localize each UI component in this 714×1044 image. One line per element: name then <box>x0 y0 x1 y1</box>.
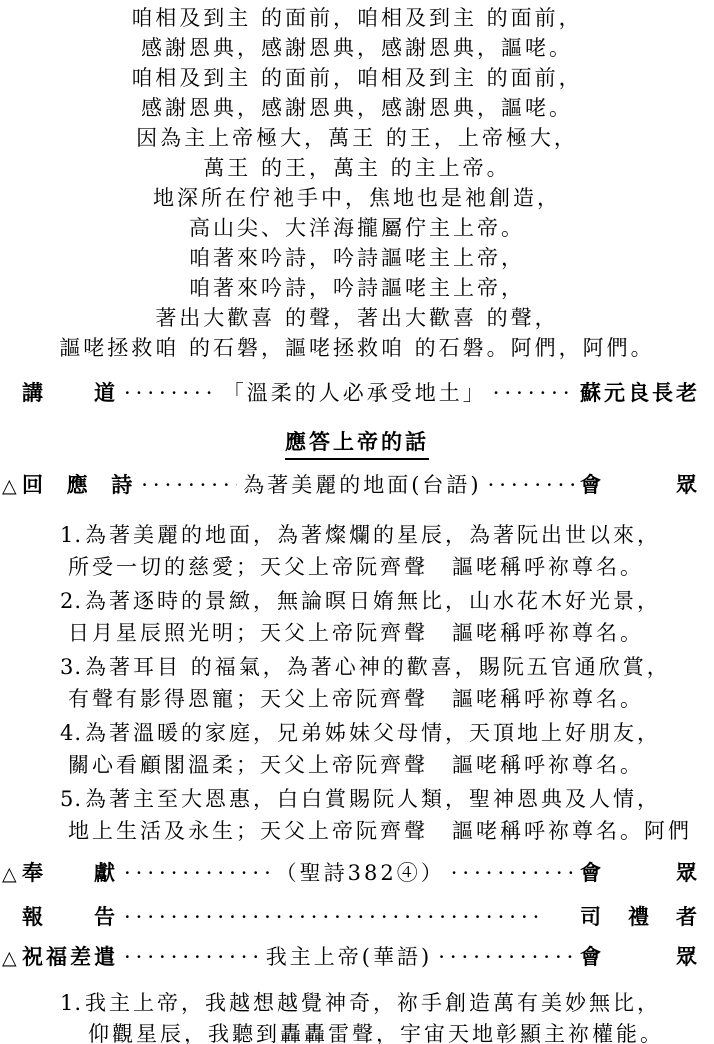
benediction-label: 祝福差遣 <box>22 942 118 972</box>
hymn-line: 萬王 的王，萬主 的主上帝。 <box>0 153 714 183</box>
leader-dots: ············· <box>124 858 270 888</box>
verse-text: 日月星辰照光明；天父上帝阮齊聲 謳咾稱呼祢尊名。 <box>0 617 714 649</box>
hymn-line: 地深所在佇祂手中，焦地也是祂創造， <box>0 183 714 213</box>
offering-label: 奉 獻 <box>22 858 118 888</box>
leader-dots: ··········· <box>451 858 574 888</box>
leader-dots: ········ <box>124 378 217 408</box>
hymn-line: 感謝恩典，感謝恩典，感謝恩典，謳咾。 <box>0 33 714 63</box>
benediction-line: △ 祝福差遣 ············ 我主上帝(華語) ···········… <box>0 942 714 972</box>
hymn-line: 咱相及到主 的面前，咱相及到主 的面前， <box>0 3 714 33</box>
leader-dots: ···································· <box>124 902 544 932</box>
hymn-line: 咱著來吟詩，吟詩謳咾主上帝， <box>0 243 714 273</box>
verse-number: 2. <box>60 589 85 613</box>
leader-dots: ·········· <box>141 470 237 500</box>
sermon-line: 講 道 ········ 「溫柔的人必承受地土」 ······· 蘇元良長老 <box>0 378 714 408</box>
verse-number: 5. <box>60 787 85 811</box>
verse-text: 關心看顧閣溫柔；天父上帝阮齊聲 謳咾稱呼祢尊名。 <box>0 749 714 781</box>
verse-text: 仰觀星辰，我聽到轟轟雷聲，宇宙天地彰顯主祢權能。 <box>0 1019 714 1044</box>
triangle-marker: △ <box>2 859 16 889</box>
verse-text: 為著主至大恩惠，白白賞賜阮人類，聖神恩典及人情， <box>85 787 661 811</box>
verse-number: 1. <box>60 991 85 1015</box>
liturgist-label: 司 禮 者 <box>580 902 700 932</box>
verse-number: 3. <box>60 655 85 679</box>
verse-text: 地上生活及永生；天父上帝阮齊聲 謳咾稱呼祢尊名。阿們 <box>0 815 714 847</box>
verse-text: 為著溫暖的家庭，兄弟姊妹父母情，天頂地上好朋友， <box>85 721 661 745</box>
announcements-line: 報 告 ····································… <box>0 902 714 932</box>
sermon-preacher: 蘇元良長老 <box>580 378 700 408</box>
benediction-hymn-title: 我主上帝(華語) <box>266 942 432 972</box>
congregation-label: 會 眾 <box>580 858 700 888</box>
hymn-line: 高山尖、大洋海攏屬佇主上帝。 <box>0 213 714 243</box>
service-bulletin-page: 咱相及到主 的面前，咱相及到主 的面前， 感謝恩典，感謝恩典，感謝恩典，謳咾。 … <box>0 0 714 1044</box>
verse-text: 為著耳目 的福氣，為著心神的歡喜，賜阮五官通欣賞， <box>85 655 671 679</box>
hymn-line: 咱著來吟詩，吟詩謳咾主上帝， <box>0 273 714 303</box>
sermon-label: 講 道 <box>22 378 118 408</box>
verse-number: 1. <box>60 523 85 547</box>
congregation-label: 會 眾 <box>580 942 700 972</box>
verse-text: 所受一切的慈愛；天父上帝阮齊聲 謳咾稱呼祢尊名。 <box>0 551 714 583</box>
response-hymn-line: △ 回 應 詩 ·········· 為著美麗的地面(台語) ·········… <box>0 470 714 500</box>
opening-hymn-lyrics: 咱相及到主 的面前，咱相及到主 的面前， 感謝恩典，感謝恩典，感謝恩典，謳咾。 … <box>0 0 714 363</box>
offering-hymn-ref: （聖詩382④） <box>276 858 445 888</box>
verse-4: 4.為著溫暖的家庭，兄弟姊妹父母情，天頂地上好朋友， 關心看顧閣溫柔；天父上帝阮… <box>0 717 714 781</box>
triangle-marker: △ <box>2 471 16 501</box>
congregation-label: 會 眾 <box>580 470 700 500</box>
hymn-line: 因為主上帝極大，萬王 的王，上帝極大， <box>0 123 714 153</box>
hymn-line: 謳咾拯救咱 的石磐，謳咾拯救咱 的石磐。阿們，阿們。 <box>0 333 714 363</box>
verse-text: 有聲有影得恩寵；天父上帝阮齊聲 謳咾稱呼祢尊名。 <box>0 683 714 715</box>
leader-dots: ······· <box>493 378 574 408</box>
verse-text: 為著逐時的景緻，無論暝日媠無比，山水花木好光景， <box>85 589 661 613</box>
verse-1: 1.為著美麗的地面，為著燦爛的星辰，為著阮出世以來， 所受一切的慈愛；天父上帝阮… <box>0 519 714 583</box>
section-heading: 應答上帝的話 <box>285 427 429 460</box>
response-hymn-verses: 1.為著美麗的地面，為著燦爛的星辰，為著阮出世以來， 所受一切的慈愛；天父上帝阮… <box>0 519 714 847</box>
offering-line: △ 奉 獻 ············· （聖詩382④） ···········… <box>0 858 714 888</box>
closing-verse-1: 1.我主上帝，我越想越覺神奇，祢手創造萬有美妙無比， 仰觀星辰，我聽到轟轟雷聲，… <box>0 988 714 1044</box>
verse-number: 4. <box>60 721 85 745</box>
leader-dots: ············ <box>438 942 574 972</box>
announcements-label: 報 告 <box>22 902 118 932</box>
verse-2: 2.為著逐時的景緻，無論暝日媠無比，山水花木好光景， 日月星辰照光明；天父上帝阮… <box>0 585 714 649</box>
triangle-marker: △ <box>2 943 16 973</box>
verse-5: 5.為著主至大恩惠，白白賞賜阮人類，聖神恩典及人情， 地上生活及永生；天父上帝阮… <box>0 783 714 847</box>
response-hymn-title: 為著美麗的地面(台語) <box>243 470 481 500</box>
benediction-hymn-verse: 1.我主上帝，我越想越覺神奇，祢手創造萬有美妙無比， 仰觀星辰，我聽到轟轟雷聲，… <box>0 988 714 1044</box>
hymn-line: 咱相及到主 的面前，咱相及到主 的面前， <box>0 63 714 93</box>
sermon-title: 「溫柔的人必承受地土」 <box>223 378 487 408</box>
verse-text: 為著美麗的地面，為著燦爛的星辰，為著阮出世以來， <box>85 523 661 547</box>
section-heading-row: 應答上帝的話 <box>0 427 714 457</box>
leader-dots: ········· <box>488 470 574 500</box>
response-hymn-label: 回 應 詩 <box>22 470 135 500</box>
verse-3: 3.為著耳目 的福氣，為著心神的歡喜，賜阮五官通欣賞， 有聲有影得恩寵；天父上帝… <box>0 651 714 715</box>
hymn-line: 著出大歡喜 的聲，著出大歡喜 的聲， <box>0 303 714 333</box>
leader-dots: ············ <box>124 942 260 972</box>
hymn-line: 感謝恩典，感謝恩典，感謝恩典，謳咾。 <box>0 93 714 123</box>
verse-text: 我主上帝，我越想越覺神奇，祢手創造萬有美妙無比， <box>85 991 661 1015</box>
